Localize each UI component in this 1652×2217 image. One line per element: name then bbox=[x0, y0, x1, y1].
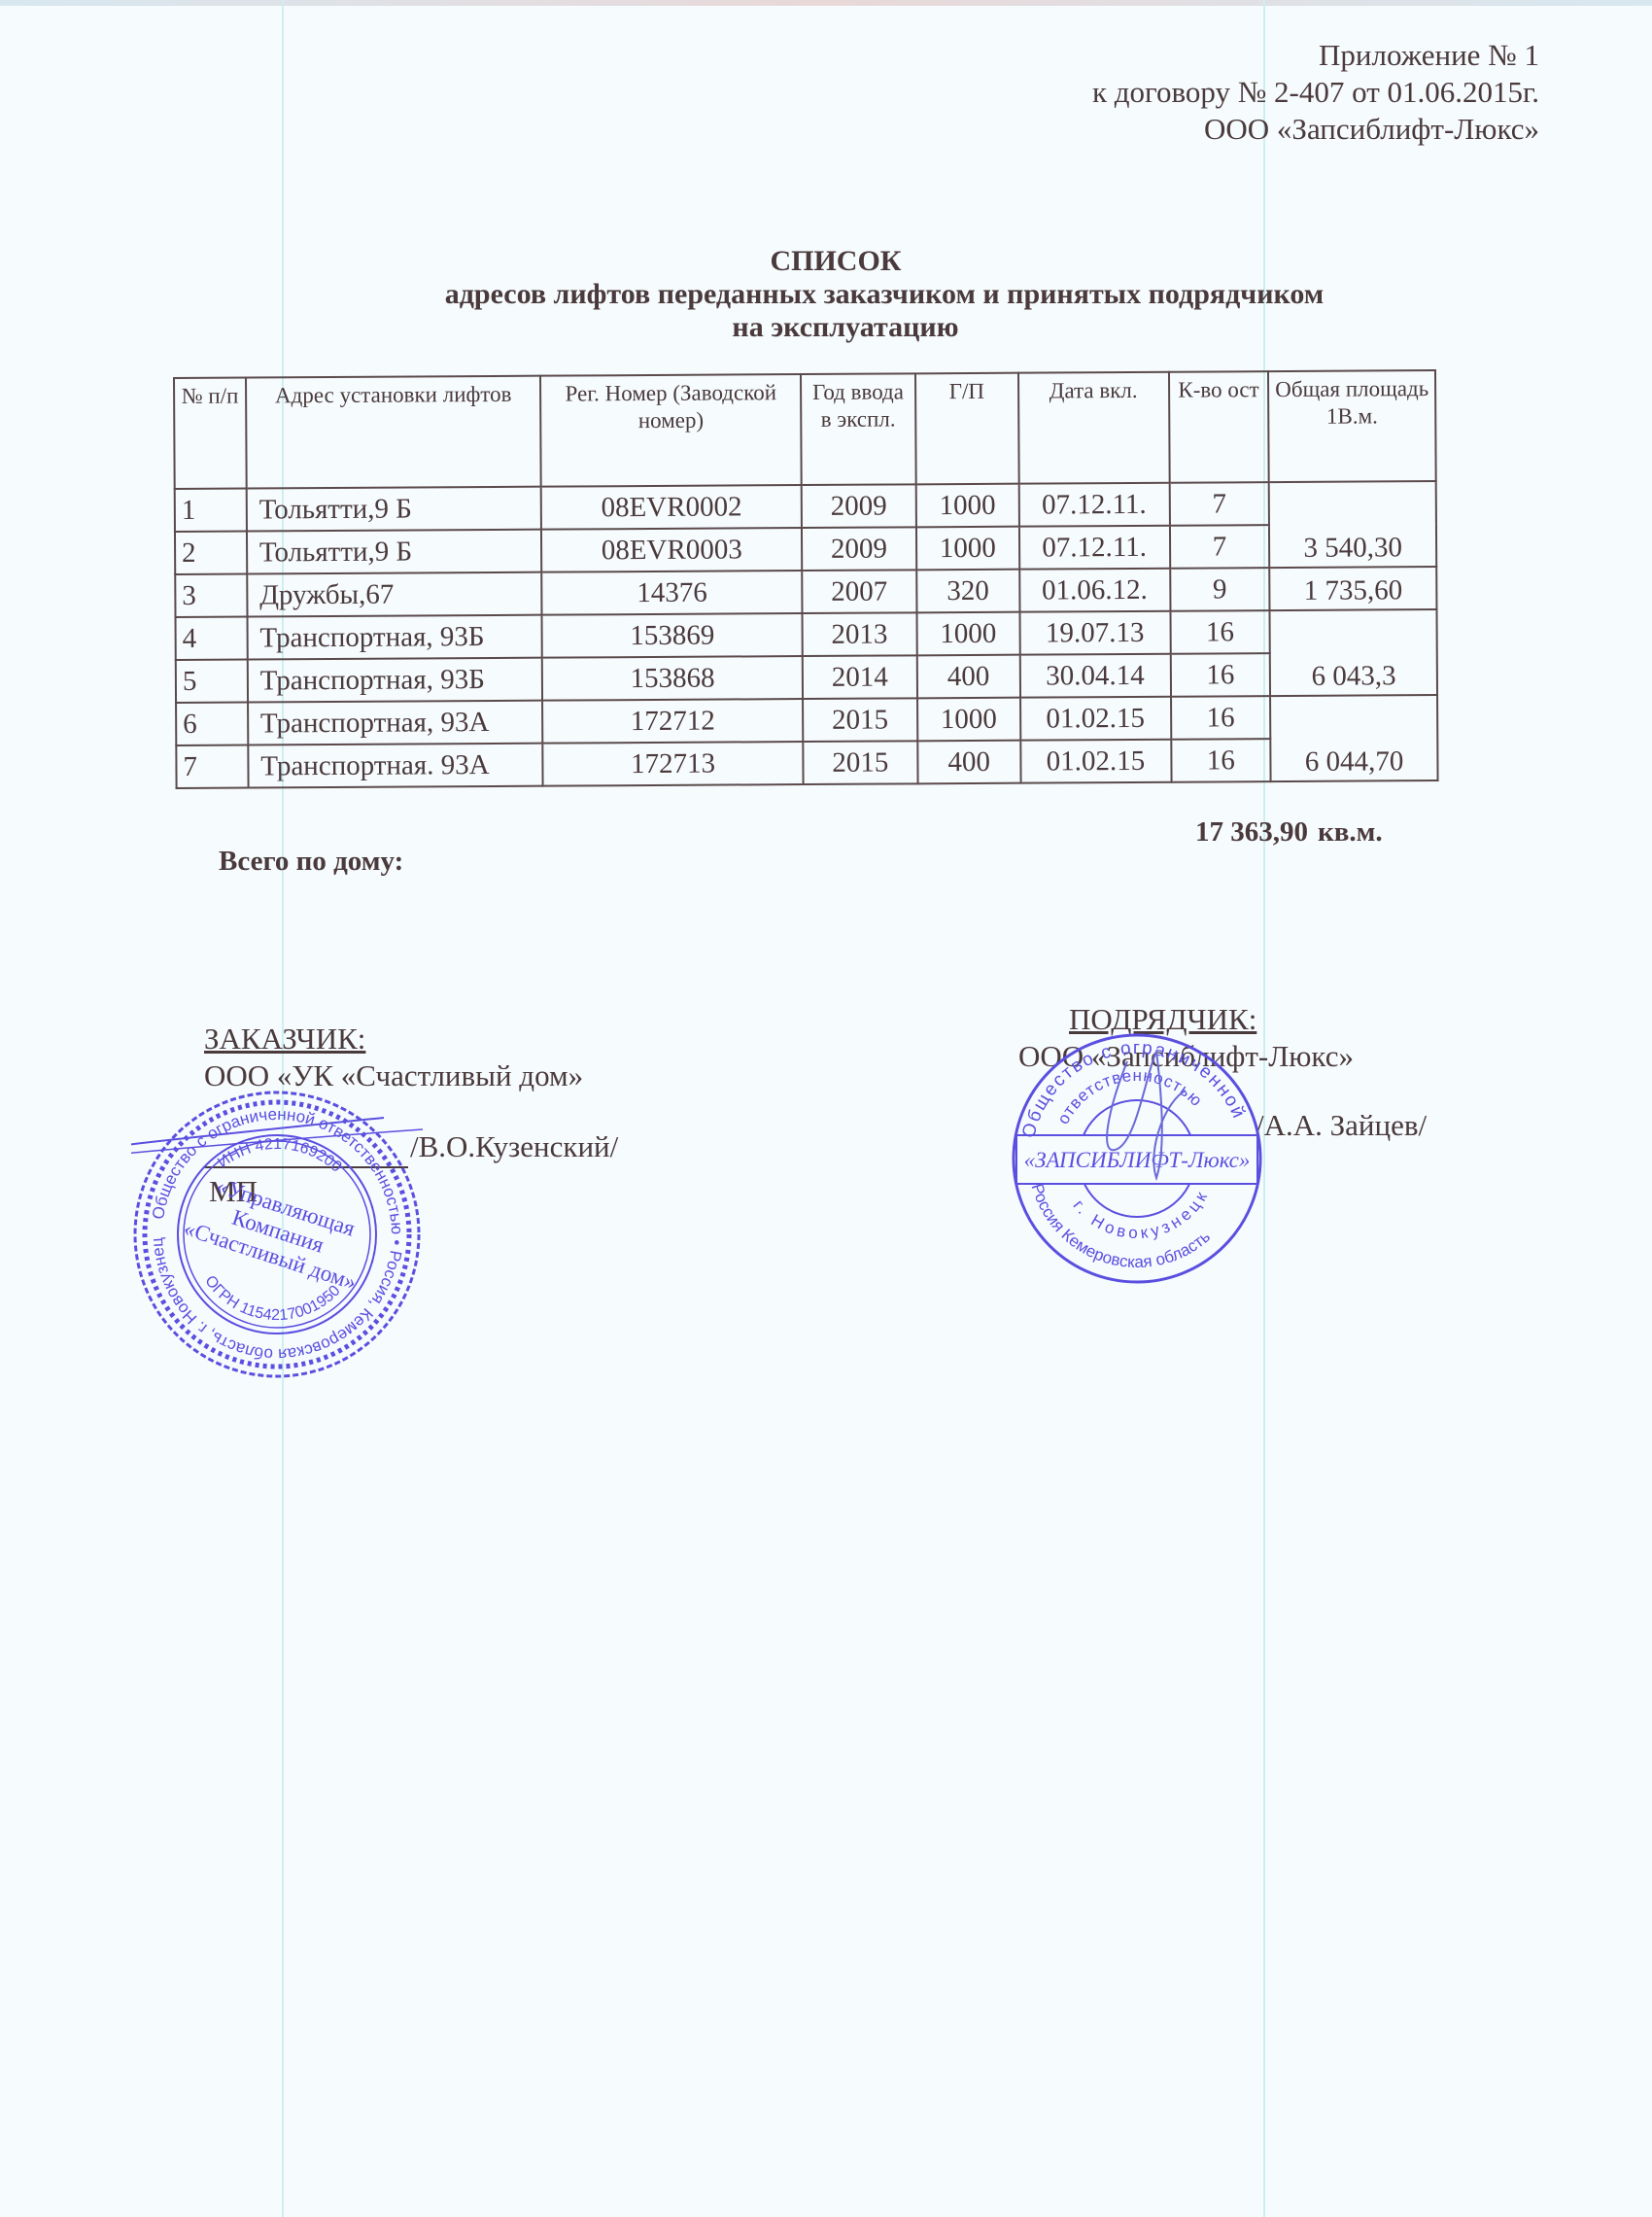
cell-number: 4 bbox=[176, 617, 248, 660]
cell-date: 19.07.13 bbox=[1019, 611, 1170, 655]
cell-address: Тольятти,9 Б bbox=[247, 487, 542, 532]
total-value: 17 363,90 bbox=[1195, 816, 1308, 848]
cell-stops: 7 bbox=[1169, 482, 1269, 526]
cell-capacity: 400 bbox=[917, 741, 1020, 784]
cell-area: 6 043,3 bbox=[1270, 609, 1437, 696]
cell-year: 2007 bbox=[802, 570, 916, 613]
cell-capacity: 1000 bbox=[917, 698, 1020, 742]
cell-year: 2015 bbox=[803, 698, 917, 742]
customer-stamp-inn: ИНН 4217169200 bbox=[215, 1136, 345, 1176]
cell-reg-number: 08EVR0002 bbox=[541, 485, 802, 530]
total-value-wrap: 17 363,90кв.м. bbox=[1195, 816, 1383, 849]
cell-reg-number: 153868 bbox=[542, 656, 803, 701]
lifts-table: № п/п Адрес установки лифтов Рег. Номер … bbox=[173, 369, 1439, 789]
column-header: № п/п bbox=[174, 378, 247, 489]
cell-stops: 16 bbox=[1170, 653, 1270, 697]
cell-date: 30.04.14 bbox=[1019, 654, 1170, 698]
contractor-signatory: /А.А. Зайцев/ bbox=[1256, 1108, 1427, 1143]
cell-date: 07.12.11. bbox=[1019, 526, 1170, 570]
customer-signatory: /В.О.Кузенский/ bbox=[410, 1129, 618, 1164]
cell-year: 2013 bbox=[802, 612, 916, 656]
cell-reg-number: 153869 bbox=[542, 613, 803, 658]
cell-stops: 7 bbox=[1169, 525, 1269, 569]
cell-address: Дружбы,67 bbox=[247, 572, 542, 617]
scan-edge bbox=[0, 0, 1652, 6]
cell-stops: 16 bbox=[1171, 739, 1271, 782]
table-row: 3 Дружбы,67 14376 2007 320 01.06.12. 9 1… bbox=[175, 567, 1436, 617]
cell-year: 2009 bbox=[802, 527, 916, 571]
appendix-header: Приложение № 1 к договору № 2-407 от 01.… bbox=[1092, 37, 1539, 148]
table-row: 4 Транспортная, 93Б 153869 2013 1000 19.… bbox=[176, 609, 1437, 660]
column-header: Дата вкл. bbox=[1018, 372, 1170, 484]
svg-text:ИНН 4217169200: ИНН 4217169200 bbox=[215, 1136, 345, 1176]
cell-stops: 16 bbox=[1171, 696, 1271, 740]
cell-reg-number: 172712 bbox=[542, 699, 803, 744]
customer-stamp: Общество с ограниченной ответственностью… bbox=[131, 1089, 423, 1380]
table-row: 2 Тольятти,9 Б 08EVR0003 2009 1000 07.12… bbox=[175, 524, 1436, 574]
contractor-stamp-graphic: Общество с ограниченной ответственностью… bbox=[1011, 1032, 1263, 1285]
column-header: Год ввода в экспл. bbox=[801, 373, 916, 485]
cell-year: 2009 bbox=[802, 484, 916, 528]
cell-date: 01.02.15 bbox=[1020, 697, 1171, 741]
cell-date: 07.12.11. bbox=[1018, 483, 1169, 527]
contractor-stamp: Общество с ограниченной ответственностью… bbox=[1011, 1032, 1263, 1285]
cell-capacity: 1000 bbox=[916, 527, 1019, 571]
cell-number: 6 bbox=[176, 703, 248, 745]
cell-reg-number: 14376 bbox=[542, 571, 803, 615]
column-header: Рег. Номер (Заводской номер) bbox=[540, 374, 801, 487]
title-subtitle: адресов лифтов переданных заказчиком и п… bbox=[0, 278, 1652, 311]
cell-address: Транспортная, 93Б bbox=[248, 658, 543, 703]
cell-date: 01.02.15 bbox=[1020, 740, 1171, 783]
customer-stamp-graphic: Общество с ограниченной ответственностью… bbox=[131, 1089, 423, 1380]
table-header-row: № п/п Адрес установки лифтов Рег. Номер … bbox=[174, 370, 1436, 489]
table-row: 5 Транспортная, 93Б 153868 2014 400 30.0… bbox=[176, 652, 1437, 703]
cell-reg-number: 172713 bbox=[543, 742, 804, 786]
table-row: 1 Тольятти,9 Б 08EVR0002 2009 1000 07.12… bbox=[175, 481, 1436, 532]
table-row: 6 Транспортная, 93А 172712 2015 1000 01.… bbox=[176, 695, 1437, 745]
customer-role: ЗАКАЗЧИК: bbox=[204, 1021, 583, 1057]
customer-block: ЗАКАЗЧИК: ООО «УК «Счастливый дом» bbox=[204, 1021, 583, 1094]
cell-area: 1 735,60 bbox=[1269, 567, 1436, 610]
column-header: Адрес установки лифтов bbox=[246, 376, 541, 489]
cell-capacity: 320 bbox=[916, 570, 1019, 613]
cell-stops: 16 bbox=[1170, 610, 1270, 654]
title-main: СПИСОК bbox=[0, 245, 1652, 278]
cell-number: 3 bbox=[175, 574, 247, 617]
appendix-number: Приложение № 1 bbox=[1092, 37, 1539, 74]
column-header: К-во ост bbox=[1168, 371, 1268, 483]
cell-number: 2 bbox=[175, 532, 247, 574]
cell-capacity: 1000 bbox=[916, 612, 1019, 656]
total-label: Всего по дому: bbox=[219, 846, 403, 878]
contract-reference: к договору № 2-407 от 01.06.2015г. bbox=[1092, 74, 1539, 111]
column-header: Общая площадь 1В.м. bbox=[1268, 370, 1435, 482]
cell-address: Транспортная, 93А bbox=[248, 701, 543, 745]
column-header: Г/П bbox=[915, 373, 1019, 485]
cell-address: Тольятти,9 Б bbox=[247, 530, 542, 574]
cell-stops: 9 bbox=[1170, 568, 1270, 611]
document-title: СПИСОК адресов лифтов переданных заказчи… bbox=[0, 245, 1652, 344]
cell-year: 2015 bbox=[803, 741, 917, 784]
cell-area: 3 540,30 bbox=[1269, 481, 1436, 568]
cell-capacity: 400 bbox=[917, 655, 1020, 699]
cell-reg-number: 08EVR0003 bbox=[541, 528, 802, 572]
table-row: 7 Транспортная. 93А 172713 2015 400 01.0… bbox=[176, 738, 1437, 788]
cell-date: 01.06.12. bbox=[1019, 569, 1170, 612]
contractor-stamp-center: «ЗАПСИБЛИФТ-Люкс» bbox=[1024, 1148, 1251, 1172]
cell-number: 7 bbox=[176, 745, 248, 788]
company-name: ООО «Запсиблифт-Люкс» bbox=[1092, 111, 1539, 148]
title-subtitle-2: на эксплуатацию bbox=[0, 311, 1652, 344]
cell-address: Транспортная, 93Б bbox=[247, 615, 542, 660]
cell-number: 1 bbox=[175, 489, 247, 532]
total-unit: кв.м. bbox=[1318, 816, 1383, 848]
cell-address: Транспортная. 93А bbox=[248, 744, 543, 788]
cell-number: 5 bbox=[176, 660, 248, 703]
cell-area: 6 044,70 bbox=[1270, 695, 1437, 781]
cell-capacity: 1000 bbox=[915, 484, 1018, 528]
cell-year: 2014 bbox=[803, 655, 917, 699]
